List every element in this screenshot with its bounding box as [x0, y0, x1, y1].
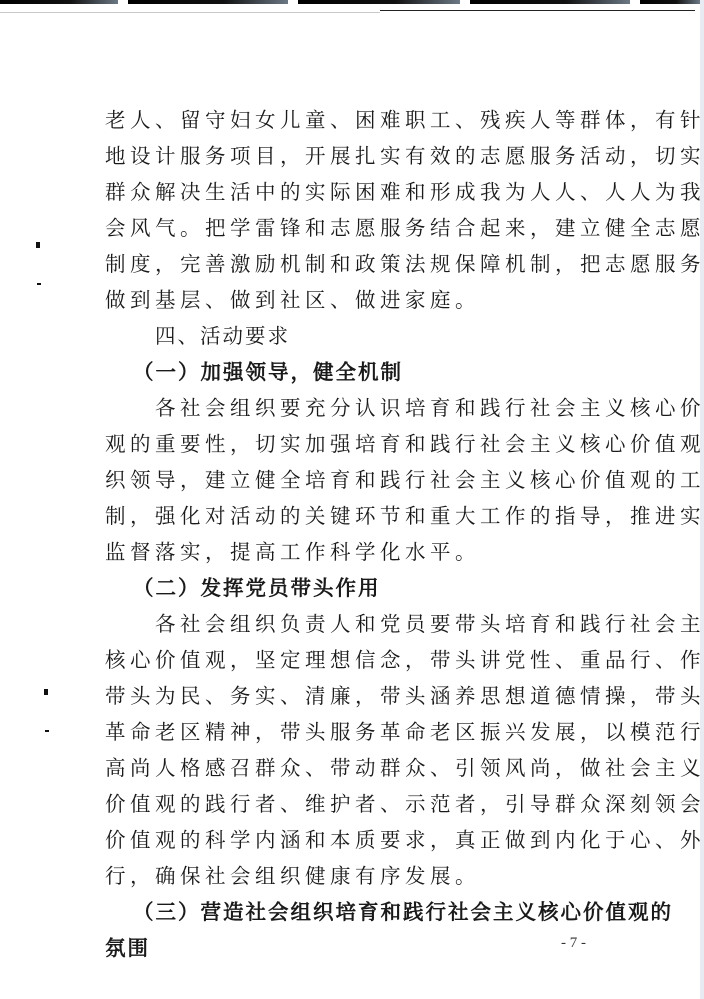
- text-line: 带头为民、务实、清廉，带头涵养思想道德情操，带头弘扬: [105, 678, 605, 714]
- scan-edge-segment: [298, 0, 460, 4]
- scan-edge-segment: [0, 0, 118, 4]
- subsection-heading: （二）发挥党员带头作用: [105, 570, 605, 606]
- text-line: 高尚人格感召群众、带动群众、引领风尚，做社会主义核心: [105, 750, 605, 786]
- section-heading: 四、活动要求: [105, 318, 605, 354]
- binding-hole-mark: [45, 730, 49, 732]
- paragraph-continuation: 老人、留守妇女儿童、困难职工、残疾人等群体，有针对性 地设计服务项目，开展扎实有…: [105, 102, 605, 318]
- text-line: 地设计服务项目，开展扎实有效的志愿服务活动，切实帮助: [105, 138, 605, 174]
- scan-artifact-line: [0, 12, 380, 13]
- binding-hole-mark: [37, 283, 41, 285]
- text-line: 制度，完善激励机制和政策法规保障机制，把志愿服务活动: [105, 246, 605, 282]
- text-line: 价值观的践行者、维护者、示范者，引导群众深刻领会核心: [105, 786, 605, 822]
- binding-hole-mark: [44, 689, 48, 695]
- subsection-heading: （一）加强领导，健全机制: [105, 354, 605, 390]
- text-line: 会风气。把学雷锋和志愿服务结合起来，建立健全志愿服务: [105, 210, 605, 246]
- text-line: 老人、留守妇女儿童、困难职工、残疾人等群体，有针对性: [105, 102, 605, 138]
- scan-edge-segment: [640, 0, 700, 4]
- text-line: 行，确保社会组织健康有序发展。: [105, 858, 605, 894]
- text-line: 革命老区精神，带头服务革命老区振兴发展，以模范行为和: [105, 714, 605, 750]
- scan-artifact-line: [380, 10, 695, 11]
- subsection-1: （一）加强领导，健全机制 各社会组织要充分认识培育和践行社会主义核心价值 观的重…: [105, 354, 605, 570]
- text-line: 各社会组织负责人和党员要带头培育和践行社会主义: [105, 606, 605, 642]
- scan-edge-segment: [128, 0, 288, 4]
- document-body: 老人、留守妇女儿童、困难职工、残疾人等群体，有针对性 地设计服务项目，开展扎实有…: [105, 102, 605, 966]
- text-line: 群众解决生活中的实际困难和形成我为人人、人人为我的社: [105, 174, 605, 210]
- scan-top-edge: [0, 0, 704, 4]
- binding-hole-mark: [36, 242, 40, 248]
- text-line: 做到基层、做到社区、做进家庭。: [105, 282, 605, 318]
- subsection-heading-continuation: 氛围: [105, 930, 605, 966]
- text-line: 核心价值观，坚定理想信念，带头讲党性、重品行、作表率，: [105, 642, 605, 678]
- page-number: - 7 -: [561, 935, 586, 952]
- subsection-heading: （三）营造社会组织培育和践行社会主义核心价值观的: [105, 894, 605, 930]
- text-line: 制，强化对活动的关键环节和重大工作的指导，推进实施和: [105, 498, 605, 534]
- subsection-3: （三）营造社会组织培育和践行社会主义核心价值观的 氛围: [105, 894, 605, 966]
- text-line: 各社会组织要充分认识培育和践行社会主义核心价值: [105, 390, 605, 426]
- text-line: 织领导，建立健全培育和践行社会主义核心价值观的工作机: [105, 462, 605, 498]
- text-line: 监督落实，提高工作科学化水平。: [105, 534, 605, 570]
- subsection-2: （二）发挥党员带头作用 各社会组织负责人和党员要带头培育和践行社会主义 核心价值…: [105, 570, 605, 894]
- text-line: 价值观的科学内涵和本质要求，真正做到内化于心、外化于: [105, 822, 605, 858]
- text-line: 观的重要性，切实加强培育和践行社会主义核心价值观的组: [105, 426, 605, 462]
- scan-edge-segment: [470, 0, 630, 4]
